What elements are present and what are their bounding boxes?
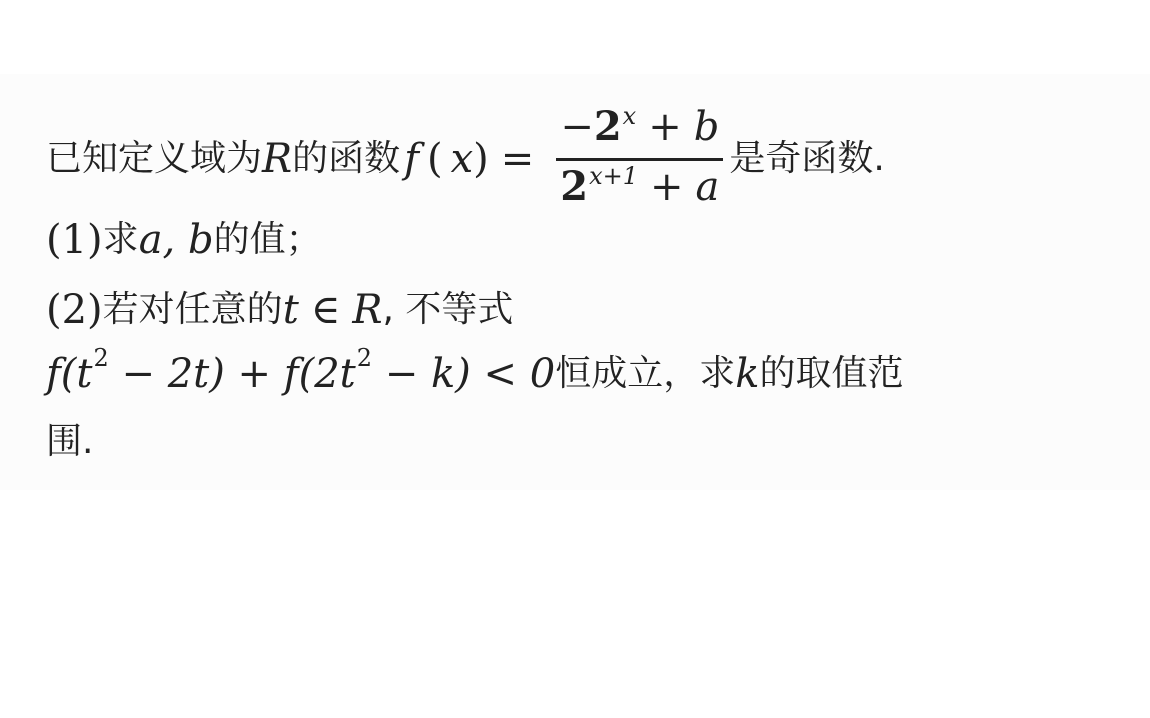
lparen: ( [427,137,443,181]
intro-text-mid: 的函数 [292,137,400,181]
intro-line: 已知定义域为 R 的函数 f ( x ) = − 2 x + b 2 x+1 +… [46,104,885,214]
inequality-line: f(t 2 − 2t) + f(2t 2 − k) < 0 恒成立，求 k 的取… [46,352,903,396]
fraction: − 2 x + b 2 x+1 + a [556,101,723,218]
intro-text-before: 已知定义域为 [46,137,262,181]
part1-label: (1) [46,218,103,262]
rparen: ) [473,137,489,181]
function-name: f [404,137,419,181]
set-r: R [262,137,292,181]
equals-sign: = [501,137,535,181]
part1-line: (1) 求 a, b 的值； [46,218,322,262]
vars-a-b: a, b [139,218,214,262]
part2-label: (2) [46,288,103,332]
denominator: 2 x+1 + a [556,161,723,218]
intro-text-after: 是奇函数. [729,137,884,181]
continuation-line: 围. [46,420,93,464]
var-x: x [451,137,474,181]
numerator: − 2 x + b [556,101,723,158]
part2-line: (2) 若对任意的 t ∈ R , 不等式 [46,288,513,332]
